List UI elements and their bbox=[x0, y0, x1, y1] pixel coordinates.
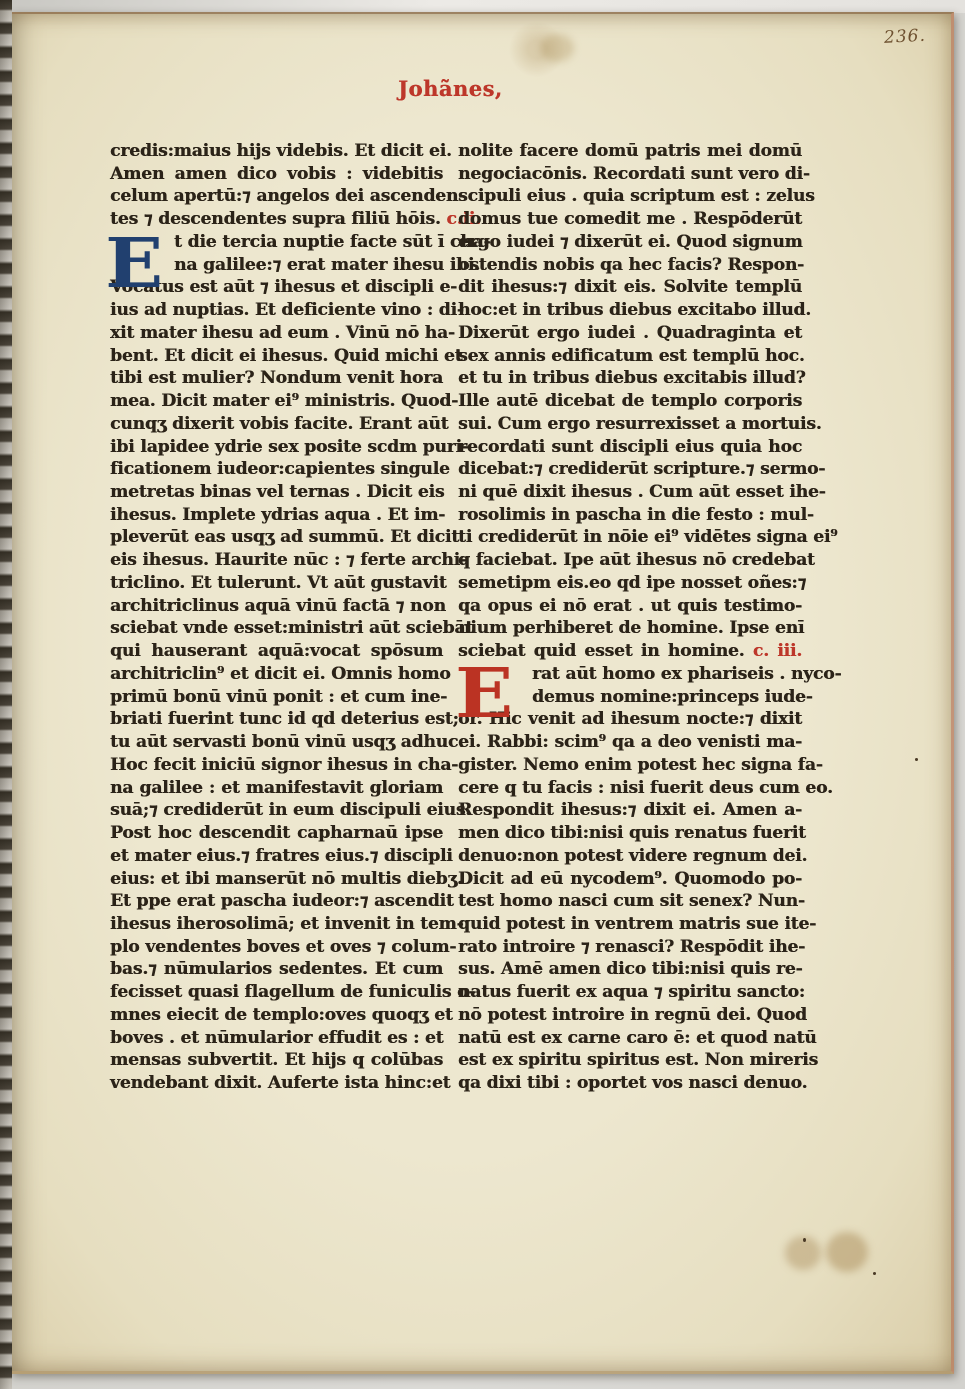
ink-speck bbox=[915, 758, 918, 761]
text-line: natū est ex carne caro ē: et quod natū bbox=[458, 1027, 802, 1050]
chapter-marker: c. iii. bbox=[744, 641, 802, 661]
manuscript-scan: 236. Johãnes, E credis:maius hijs videbi… bbox=[0, 0, 965, 1389]
text-line: men dico tibi:nisi quis renatus fuerit bbox=[458, 822, 802, 845]
text-line: sciebat vnde esset:ministri aūt sciebāt bbox=[110, 617, 443, 640]
text-line: hoc:et in tribus diebus excitabo illud. bbox=[458, 299, 802, 322]
text-line: qui hauserant aquā:vocat spōsum bbox=[110, 640, 443, 663]
text-line: Ille autē dicebat de templo corporis bbox=[458, 390, 802, 413]
text-line: ni quē dixit ihesus . Cum aūt esset ihe- bbox=[458, 481, 802, 504]
parchment-page: 236. Johãnes, E credis:maius hijs videbi… bbox=[10, 12, 954, 1374]
text-line: bas.⁊ nūmularios sedentes. Et cum bbox=[110, 958, 443, 981]
text-line: na galilee : et manifestavit gloriam bbox=[110, 777, 443, 800]
text-line: bent. Et dicit ei ihesus. Quid michi et bbox=[110, 345, 443, 368]
text-line: Amen amen dico vobis : videbitis bbox=[110, 163, 443, 186]
text-line: est ex spiritu spiritus est. Non mireris bbox=[458, 1049, 802, 1072]
text-line: quid potest in ventrem matris sue ite- bbox=[458, 913, 802, 936]
text-line: mensas subvertit. Et hijs q colūbas bbox=[110, 1049, 443, 1072]
text-line: ergo iudei ⁊ dixerūt ei. Quod signum bbox=[458, 231, 802, 254]
text-line: natus fuerit ex aqua ⁊ spiritu sancto: bbox=[458, 981, 802, 1004]
text-line: suā;⁊ crediderūt in eum discipuli eius. bbox=[110, 799, 443, 822]
text-line: ibi lapidee ydrie sex posite scdm puri- bbox=[110, 436, 443, 459]
text-line: sus. Amē amen dico tibi:nisi quis re- bbox=[458, 958, 802, 981]
text-line: mea. Dicit mater ei⁹ ministris. Quod- bbox=[110, 390, 443, 413]
text-line: celum apertū:⁊ angelos dei ascenden- bbox=[110, 185, 443, 208]
text-line: dit ihesus:⁊ dixit eis. Solvite templū bbox=[458, 276, 802, 299]
text-line: nolite facere domū patris mei domū bbox=[458, 140, 802, 163]
text-line: cere q tu facis : nisi fuerit deus cum e… bbox=[458, 777, 802, 800]
text-line: cunqʒ dixerit vobis facite. Erant aūt bbox=[110, 413, 443, 436]
text-line: Hoc fecit iniciū signor ihesus in cha- bbox=[110, 754, 443, 777]
text-line: plo vendentes boves et oves ⁊ colum- bbox=[110, 936, 443, 959]
text-line: qa dixi tibi : oportet vos nasci denuo. bbox=[458, 1072, 802, 1095]
text-line: semetipm eis.eo qd ipe nosset oñes:⁊ bbox=[458, 572, 802, 595]
text-line: pleverūt eas usqʒ ad summū. Et dicit bbox=[110, 526, 443, 549]
illuminated-initial-red: E bbox=[439, 657, 529, 731]
ink-speck bbox=[803, 1238, 806, 1242]
foxing-stain bbox=[540, 34, 574, 62]
text-line: ti crediderūt in nōie ei⁹ vidētes signa … bbox=[458, 526, 802, 549]
text-line: Dixerūt ergo iudei . Quadraginta et bbox=[458, 322, 802, 345]
text-line: dicebat:⁊ crediderūt scripture.⁊ sermo- bbox=[458, 458, 802, 481]
text-line: scipuli eius . quia scriptum est : zelus bbox=[458, 185, 802, 208]
text-line: xit mater ihesu ad eum . Vinū nō ha- bbox=[110, 322, 443, 345]
text-line: Et ppe erat pascha iudeor:⁊ ascendit bbox=[110, 890, 443, 913]
text-line: primū bonū vinū ponit : et cum ine- bbox=[110, 686, 443, 709]
text-line: architriclinus aquā vinū factā ⁊ non bbox=[110, 595, 443, 618]
text-line: et mater eius.⁊ fratres eius.⁊ discipli bbox=[110, 845, 443, 868]
text-line: ficationem iudeor:capientes singule bbox=[110, 458, 443, 481]
text-line: sui. Cum ergo resurrexisset a mortuis. bbox=[458, 413, 802, 436]
text-line: rato introire ⁊ renasci? Respōdit ihe- bbox=[458, 936, 802, 959]
text-line: boves . et nūmularior effudit es : et bbox=[110, 1027, 443, 1050]
ink-speck bbox=[873, 1272, 876, 1275]
text-line: et tu in tribus diebus excitabis illud? bbox=[458, 367, 802, 390]
text-line: ostendis nobis qa hec facis? Respon- bbox=[458, 254, 802, 277]
text-line: domus tue comedit me . Respōderūt bbox=[458, 208, 802, 231]
text-line-body: t die tercia nuptie facte sūt ī cha- bbox=[174, 232, 490, 252]
text-line: ei. Rabbi: scim⁹ qa a deo venisti ma- bbox=[458, 731, 802, 754]
text-line: test homo nasci cum sit senex? Nun- bbox=[458, 890, 802, 913]
folio-number: 236. bbox=[884, 24, 955, 48]
text-line: eius: et ibi manserūt nō multis diebʒ. bbox=[110, 868, 443, 891]
text-line: qa opus ei nō erat . ut quis testimo- bbox=[458, 595, 802, 618]
text-line: ihesus iherosolimā; et invenit in tem- bbox=[110, 913, 443, 936]
text-line: architriclin⁹ et dicit ei. Omnis homo bbox=[110, 663, 443, 686]
foxing-stain bbox=[826, 1232, 868, 1272]
text-line: mnes eiecit de templo:oves quoqʒ et bbox=[110, 1004, 443, 1027]
illuminated-initial-blue: E bbox=[89, 227, 179, 301]
text-line: briati fuerint tunc id qd deterius est; bbox=[110, 708, 443, 731]
text-line: ihesus. Implete ydrias aqua . Et im- bbox=[110, 504, 443, 527]
text-line: Respondit ihesus:⁊ dixit ei. Amen a- bbox=[458, 799, 802, 822]
text-line: fecisset quasi flagellum de funiculis o- bbox=[110, 981, 443, 1004]
text-line: Post hoc descendit capharnaū ipse bbox=[110, 822, 443, 845]
text-line: rosolimis in pascha in die festo : mul- bbox=[458, 504, 802, 527]
text-line-body: rat aūt homo ex phariseis . nyco- bbox=[532, 664, 841, 684]
text-line: credis:maius hijs videbis. Et dicit ei. bbox=[110, 140, 443, 163]
text-line: negociacōnis. Recordati sunt vero di- bbox=[458, 163, 802, 186]
text-line: nō potest introire in regnū dei. Quod bbox=[458, 1004, 802, 1027]
text-column-right: E nolite facere domū patris mei domūnego… bbox=[458, 140, 802, 1095]
text-line: q faciebat. Ipe aūt ihesus nō credebat bbox=[458, 549, 802, 572]
running-header: Johãnes, bbox=[398, 76, 508, 101]
text-line: eis ihesus. Haurite nūc : ⁊ ferte archi- bbox=[110, 549, 443, 572]
text-line-body: na galilee:⁊ erat mater ihesu ibi. bbox=[174, 255, 480, 275]
text-column-left: E credis:maius hijs videbis. Et dicit ei… bbox=[110, 140, 443, 1095]
text-line: gister. Nemo enim potest hec signa fa- bbox=[458, 754, 802, 777]
text-line-body: demus nomine:princeps iude- bbox=[532, 687, 813, 707]
text-line: metretas binas vel ternas . Dicit eis bbox=[110, 481, 443, 504]
text-line: tu aūt servasti bonū vinū usqʒ adhuc. bbox=[110, 731, 443, 754]
text-line: vendebant dixit. Auferte ista hinc:et bbox=[110, 1072, 443, 1095]
text-line: triclino. Et tulerunt. Vt aūt gustavit bbox=[110, 572, 443, 595]
text-line: Dicit ad eū nycodem⁹. Quomodo po- bbox=[458, 868, 802, 891]
text-line: tibi est mulier? Nondum venit hora bbox=[110, 367, 443, 390]
text-line: nium perhiberet de homine. Ipse enī bbox=[458, 617, 802, 640]
book-gutter-edge bbox=[0, 0, 12, 1389]
text-line: recordati sunt discipli eius quia hoc bbox=[458, 436, 802, 459]
text-line: sex annis edificatum est templū hoc. bbox=[458, 345, 802, 368]
text-line: denuo:non potest videre regnum dei. bbox=[458, 845, 802, 868]
